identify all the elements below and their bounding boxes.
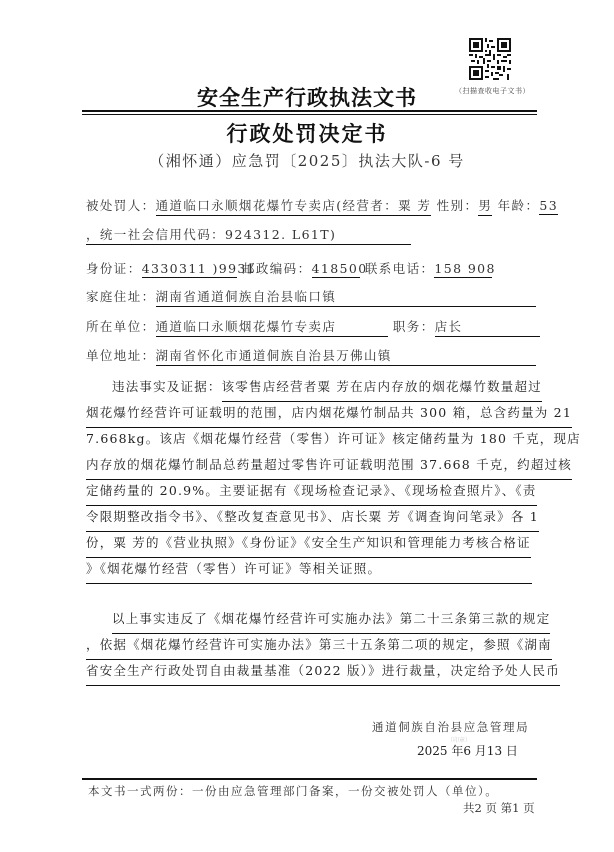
facts-line: 7.668kg。该店《烟花爆竹经营（零售）许可证》核定储药量为 180 千克，现… [86, 426, 532, 452]
postcode-label: 邮政编码： [242, 261, 312, 276]
facts-line: 定储药量的 20.9%。主要证据有《现场检查记录》、《现场检查照片》、《责 [86, 478, 532, 504]
age-value: 53 [539, 198, 558, 215]
position-value: 店长 [435, 317, 540, 337]
footer-note: 本文书一式两份：一份由应急管理部门备案，一份交被处罚人（单位）。 [88, 783, 498, 799]
unit-address-row: 单位地址：湖南省怀化市通道侗族自治县万佛山镇 [86, 346, 536, 366]
issuing-authority: 通道侗族自治县应急管理局 [372, 719, 529, 735]
violation-facts: 违法事实及证据：该零售店经营者粟 芳在店内存放的烟花爆竹数量超过 烟花爆竹经营许… [86, 374, 532, 582]
document-title: 行政处罚决定书 [0, 118, 614, 148]
position-label: 职务： [393, 319, 435, 334]
age-label: 年龄： [498, 198, 540, 213]
unit-address-value: 湖南省怀化市通道侗族自治县万佛山镇 [156, 346, 536, 366]
title-divider [82, 110, 537, 115]
gender-value: 男 [478, 196, 492, 216]
decision-line: 以上事实违反了《烟花爆竹经营许可实施办法》第二十三条第三款的规定 [86, 606, 532, 632]
id-value: 4330311 )9931 [142, 261, 237, 278]
party-row: 被处罚人：通道临口永顺烟花爆竹专卖店(经营者：粟 芳 性别：男 年龄：53 [86, 196, 558, 216]
home-address-value: 湖南省通道侗族自治县临口镇 [156, 287, 536, 307]
facts-line: 烟花爆竹经营许可证载明的范围，店内烟花爆竹制品共 300 箱，总含药量为 21 [86, 400, 532, 426]
party-value: 通道临口永顺烟花爆竹专卖店(经营者：粟 芳 [156, 196, 432, 216]
postcode-value: 418500 [312, 261, 360, 278]
unit-label: 所在单位： [86, 319, 156, 334]
facts-line: 令限期整改指令书》、《整改复查意见书》、店长粟 芳《调查询问笔录》各 1 [86, 504, 532, 530]
home-address-row: 家庭住址：湖南省通道侗族自治县临口镇 [86, 287, 536, 307]
facts-line: 内存放的烟花爆竹制品总药量超过零售许可证载明范围 37.668 千克，约超过核 [86, 452, 532, 478]
unit-value: 通道临口永顺烟花爆竹专卖店 [156, 317, 388, 337]
issue-date: 2025 年6 月13 日 [417, 742, 518, 759]
decision-line: ，依据《烟花爆竹经营许可实施办法》第三十五条第二项的规定，参照《湖南 [86, 632, 532, 658]
credit-code-label: ，统一社会信用代码： [86, 227, 225, 242]
facts-label: 违法事实及证据： [112, 379, 222, 394]
unit-address-label: 单位地址： [86, 348, 156, 363]
gender-label: 性别： [437, 198, 479, 213]
credit-code-value: 924312. L61T) [225, 227, 336, 242]
credit-code-row: ，统一社会信用代码：924312. L61T) [86, 225, 411, 245]
decision-line: 省安全生产行政处罚自由裁量基准（2022 版）》进行裁量，决定给予处人民币 [86, 658, 532, 684]
page-indicator: 共2 页 第1 页 [463, 800, 535, 816]
credit-code-field: ，统一社会信用代码：924312. L61T) [86, 225, 411, 245]
document-number: （湘怀通）应急罚〔2025〕执法大队-6 号 [0, 150, 614, 171]
facts-line: 份，粟 芳的《营业执照》《身份证》《安全生产知识和管理能力考核合格证 [86, 530, 532, 556]
id-row: 身份证：4330311 )9931 邮政编码：418500 联系电话：158 9… [86, 259, 492, 278]
party-label: 被处罚人： [86, 198, 156, 213]
id-label: 身份证： [86, 261, 142, 276]
footer-divider [82, 778, 537, 780]
phone-label: 联系电话： [365, 261, 435, 276]
facts-line: 》《烟花爆竹经营（零售）许可证》等相关证照。 [86, 556, 532, 582]
facts-text: 该零售店经营者粟 芳在店内存放的烟花爆竹数量超过 [222, 374, 542, 402]
decision-paragraph: 以上事实违反了《烟花爆竹经营许可实施办法》第二十三条第三款的规定 ，依据《烟花爆… [86, 606, 532, 684]
phone-value: 158 908 [434, 261, 492, 278]
facts-line: 违法事实及证据：该零售店经营者粟 芳在店内存放的烟花爆竹数量超过 [86, 374, 532, 400]
home-address-label: 家庭住址： [86, 289, 156, 304]
unit-row: 所在单位：通道临口永顺烟花爆竹专卖店 职务：店长 [86, 317, 540, 337]
document-type-title: 安全生产行政执法文书 [0, 82, 614, 112]
qr-code-icon[interactable] [469, 38, 511, 80]
